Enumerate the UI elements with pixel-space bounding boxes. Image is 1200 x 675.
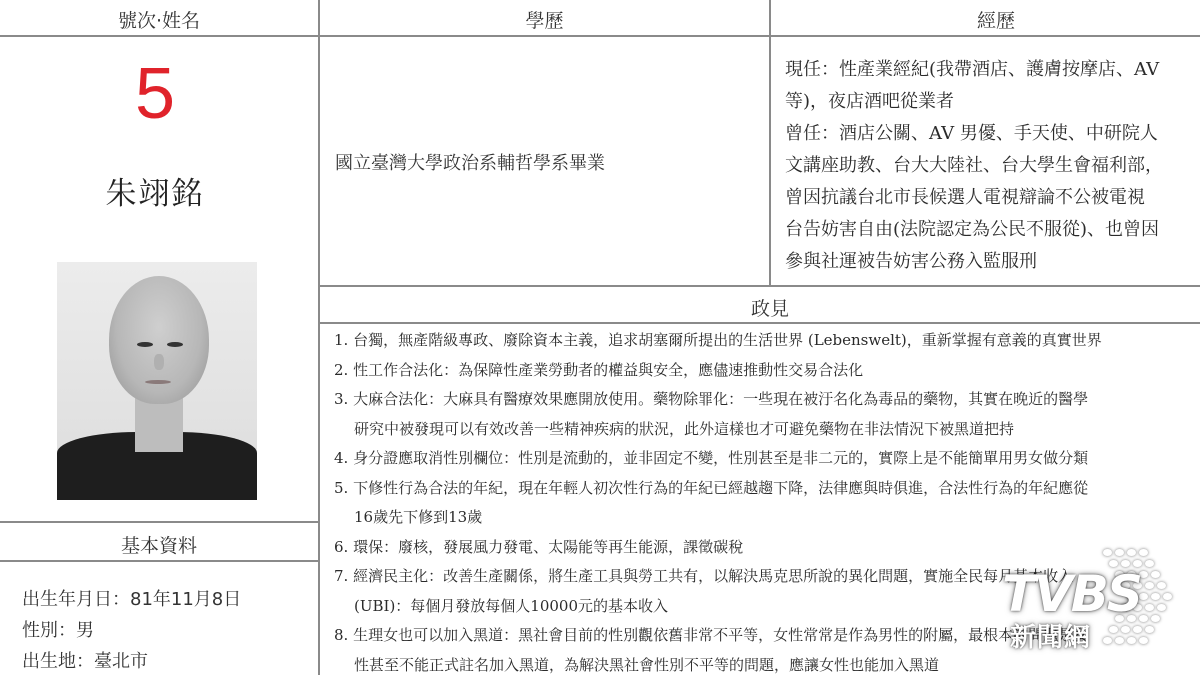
candidate-number: 5 [0, 58, 310, 130]
header-experience: 經歷 [771, 6, 1200, 33]
candidate-name: 朱翊銘 [0, 168, 310, 213]
header-policy: 政見 [320, 294, 1200, 321]
education-text: 國立臺灣大學政治系輔哲學系畢業 [335, 149, 605, 175]
watermark-brand: TVBS [1002, 565, 1141, 623]
tvbs-watermark-logo: TVBS 新聞網 [990, 545, 1170, 670]
experience-line: 參與社運被告妨害公務入監服刑 [785, 246, 1200, 278]
candidate-photo [57, 262, 257, 500]
birthplace: 出生地：臺北市 [22, 647, 148, 673]
watermark-subtitle: 新聞網 [1010, 617, 1091, 654]
experience-line: 曾任：酒店公關、AV 男優、手天使、中研院人 [785, 118, 1200, 150]
header-education: 學歷 [320, 6, 769, 33]
basic-info-top-rule [0, 521, 318, 523]
gender: 性別：男 [22, 616, 94, 642]
policy-item-3-cont: 研究中被發現可以有效改善一些精神疾病的狀況，此外這樣也才可避免藥物在非法情況下被… [334, 415, 1200, 445]
policy-item-5-cont: 16歲先下修到13歲 [334, 503, 1200, 533]
policy-item-4: 4. 身分證應取消性別欄位：性別是流動的，並非固定不變，性別甚至是非二元的，實際… [334, 444, 1200, 474]
policy-item-3: 3. 大麻合法化：大麻具有醫療效果應開放使用。藥物除罪化：一些現在被汙名化為毒品… [334, 385, 1200, 415]
header-basic-info: 基本資料 [0, 531, 318, 558]
experience-line: 曾因抗議台北市長候選人電視辯論不公被電視 [785, 182, 1200, 214]
header-bottom-rule [0, 35, 1200, 37]
policy-item-1: 1. 台獨，無產階級專政、廢除資本主義，追求胡塞爾所提出的生活世界 (Leben… [334, 326, 1200, 356]
experience-line: 現任：性產業經紀(我帶酒店、護膚按摩店、AV [785, 54, 1200, 86]
col-divider-left [318, 0, 320, 675]
policy-item-5: 5. 下修性行為合法的年紀，現在年輕人初次性行為的年紀已經越趨下降，法律應與時俱… [334, 474, 1200, 504]
policy-header-rule [318, 322, 1200, 324]
experience-line: 等)，夜店酒吧從業者 [785, 86, 1200, 118]
experience-block: 現任：性產業經紀(我帶酒店、護膚按摩店、AV 等)，夜店酒吧從業者 曾任：酒店公… [785, 54, 1200, 278]
policy-top-rule [318, 285, 1200, 287]
basic-info-header-rule [0, 560, 318, 562]
experience-line: 台告妨害自由(法院認定為公民不服從)、也曾因 [785, 214, 1200, 246]
header-number-name: 號次·姓名 [0, 6, 318, 33]
policy-item-2: 2. 性工作合法化：為保障性產業勞動者的權益與安全，應儘速推動性交易合法化 [334, 356, 1200, 386]
birth-date: 出生年月日：81年11月8日 [22, 585, 241, 611]
experience-line: 文講座助教、台大大陸社、台大學生會福利部， [785, 150, 1200, 182]
col-divider-right [769, 0, 771, 286]
